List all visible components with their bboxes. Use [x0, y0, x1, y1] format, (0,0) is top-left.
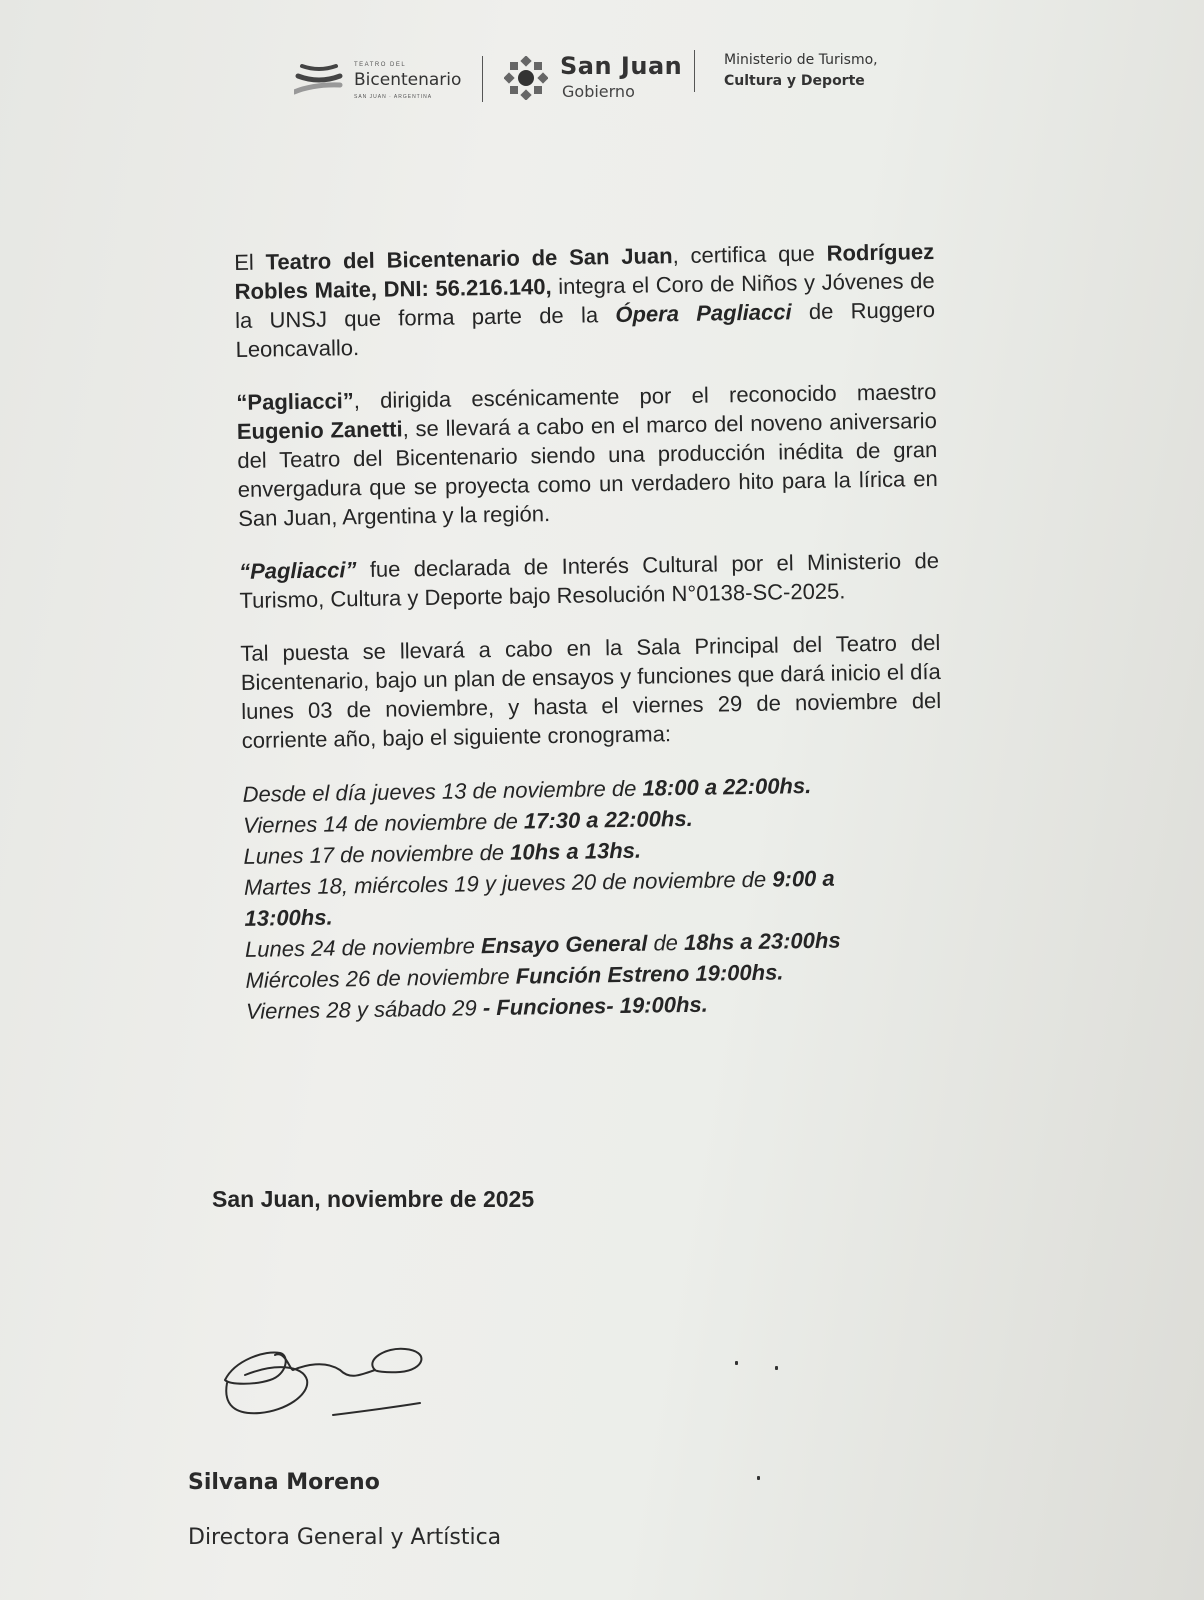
document-page: TEATRO DEL Bicentenario SAN JUAN · ARGEN… [0, 0, 1204, 1600]
ministry-name: Ministerio de Turismo, Cultura y Deporte [724, 50, 878, 92]
paper-speck [775, 1366, 778, 1370]
teatro-sub-text: SAN JUAN · ARGENTINA [354, 94, 432, 100]
dateline: San Juan, noviembre de 2025 [212, 1186, 534, 1213]
san-juan-logo: San Juan Gobierno [504, 52, 694, 104]
san-juan-emblem-icon [504, 56, 548, 100]
certificate-body: El Teatro del Bicentenario de San Juan, … [234, 237, 946, 1027]
divider [482, 56, 483, 102]
letterhead: TEATRO DEL Bicentenario SAN JUAN · ARGEN… [292, 48, 932, 108]
gobierno-label: Gobierno [562, 82, 635, 101]
paragraph-plan: Tal puesta se llevará a cabo en la Sala … [240, 628, 942, 755]
paragraph-certification: El Teatro del Bicentenario de San Juan, … [234, 237, 936, 364]
san-juan-name: San Juan [560, 52, 682, 80]
ministry-line-2: Cultura y Deporte [724, 71, 878, 92]
teatro-name: Bicentenario [354, 70, 461, 90]
paper-speck [735, 1361, 738, 1365]
paragraph-interest: “Pagliacci” fue declarada de Interés Cul… [239, 546, 940, 615]
teatro-bicentenario-logo: TEATRO DEL Bicentenario SAN JUAN · ARGEN… [292, 54, 472, 102]
divider [694, 50, 695, 92]
teatro-arcs-icon [294, 58, 344, 98]
ministry-line-1: Ministerio de Turismo, [724, 50, 878, 71]
paper-speck [757, 1476, 760, 1480]
schedule-list: Desde el día jueves 13 de noviembre de 1… [242, 768, 946, 1027]
paragraph-production: “Pagliacci”, dirigida escénicamente por … [236, 377, 938, 533]
handwritten-signature [215, 1335, 485, 1435]
signer-role: Directora General y Artística [188, 1525, 501, 1550]
teatro-small-text: TEATRO DEL [354, 62, 406, 68]
signer-name: Silvana Moreno [188, 1470, 380, 1495]
